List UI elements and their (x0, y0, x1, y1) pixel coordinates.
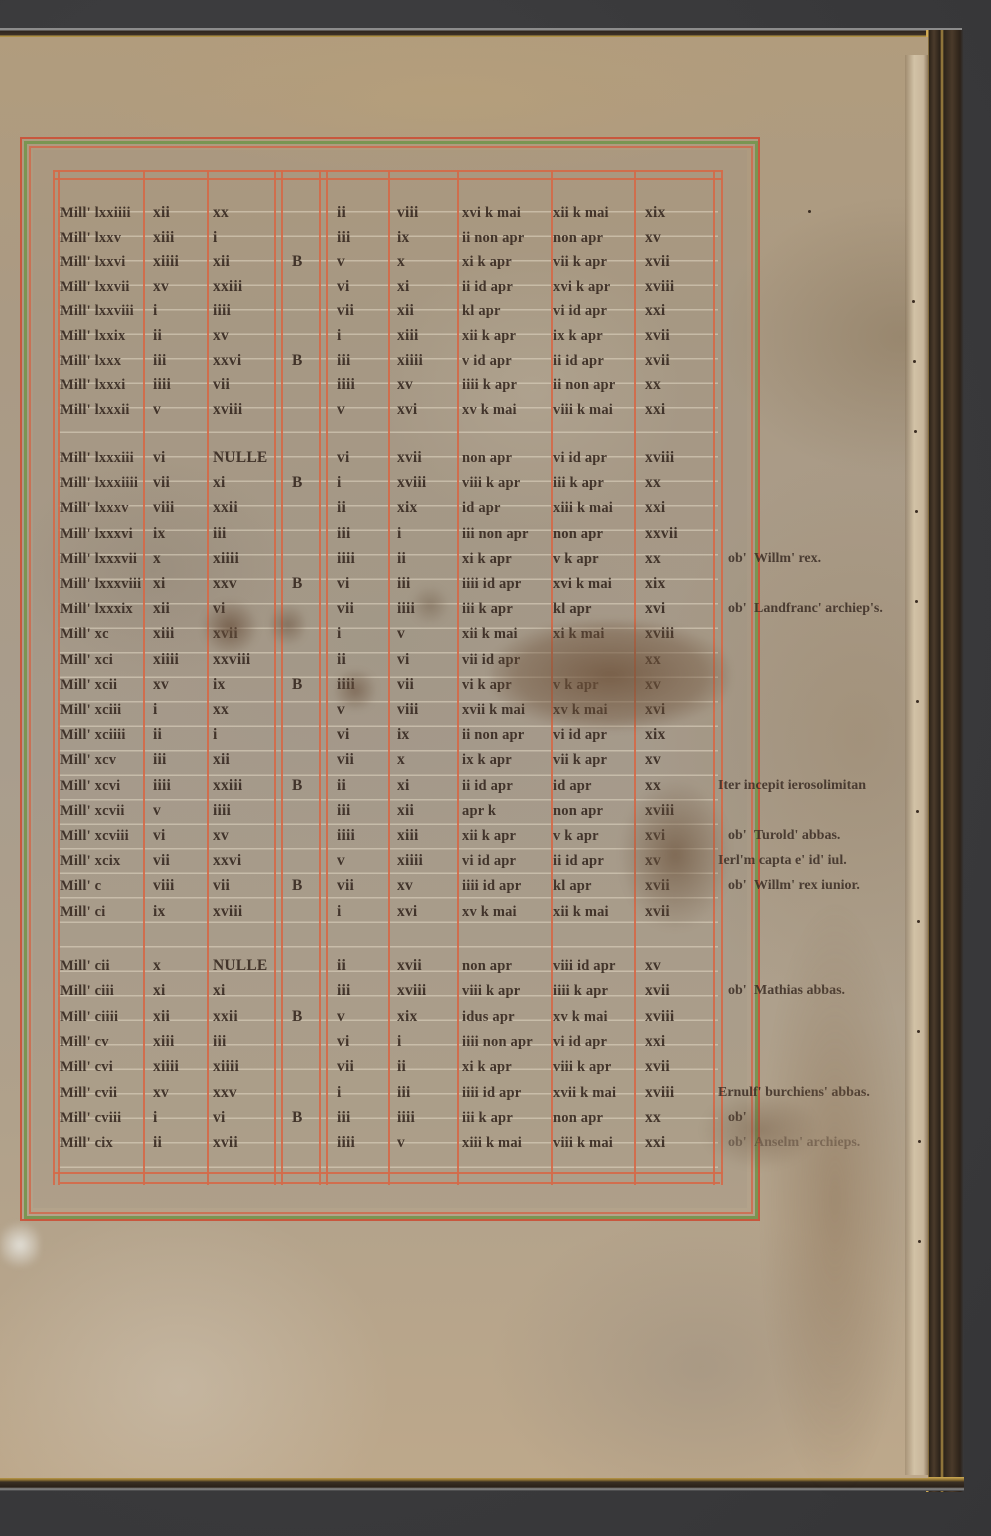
easter-terminus-cell: iiii id apr (462, 574, 521, 594)
easter-terminus-cell: ix k apr (462, 750, 512, 770)
marginal-annal-note: Willm' rex. (754, 549, 821, 569)
easter-sunday-cell: xii k mai (553, 203, 609, 223)
year-cell: Mill' xc (60, 624, 109, 644)
easter-terminus-cell: xv k mai (462, 400, 517, 420)
concurrent-cell: iii (337, 1108, 351, 1128)
luna-cell: xx (645, 375, 661, 395)
table-row: Mill' xcviiiiixxiiiBiixiii id aprid aprx… (0, 776, 720, 796)
lunar-cycle-cell: xiiii (397, 351, 423, 371)
concurrent-cell: v (337, 252, 345, 272)
epact-cell: vi (213, 1108, 225, 1128)
lunar-cycle-cell: ii (397, 549, 406, 569)
table-row: Mill' lxxxviixxiiiiiiiiiixi k aprv k apr… (0, 549, 720, 569)
water-stain (620, 780, 730, 930)
year-cell: Mill' cv (60, 1032, 109, 1052)
indiction-cell: xii (153, 1007, 170, 1027)
year-cell: Mill' xciii (60, 700, 121, 720)
indiction-cell: xv (153, 675, 169, 695)
epact-cell: xv (213, 826, 229, 846)
lunar-cycle-cell: iii (397, 1083, 411, 1103)
table-row: Mill' cviiiiviBiiiiiiiiii k aprnon aprxx… (0, 1108, 720, 1128)
table-row: Mill' cvxiiiiiiviiiiii non aprvi id aprx… (0, 1032, 720, 1052)
table-row: Mill' cvixiiiixiiiiviiiixi k aprviii k a… (0, 1057, 720, 1077)
concurrent-cell: vi (337, 277, 349, 297)
indiction-cell: v (153, 801, 161, 821)
concurrent-cell: ii (337, 956, 346, 976)
easter-terminus-cell: v id apr (462, 351, 512, 371)
lunar-cycle-cell: vi (397, 650, 409, 670)
table-row: Mill' lxxvixiiiixiiBvxxi k aprvii k aprx… (0, 252, 720, 272)
easter-terminus-cell: xii k apr (462, 826, 516, 846)
epact-cell: i (213, 228, 218, 248)
epact-cell: vii (213, 375, 230, 395)
indiction-cell: vii (153, 851, 170, 871)
water-stain (200, 600, 260, 655)
luna-cell: xviii (645, 1007, 674, 1027)
lunar-cycle-cell: xvi (397, 902, 417, 922)
year-cell: Mill' lxxxvi (60, 524, 133, 544)
indiction-cell: xv (153, 1083, 169, 1103)
table-row: Mill' lxxviixvxxiiivixiii id aprxvi k ap… (0, 277, 720, 297)
year-cell: Mill' xcix (60, 851, 120, 871)
obit-marker: ob' (728, 826, 747, 846)
easter-sunday-cell: non apr (553, 228, 603, 248)
indiction-cell: x (153, 549, 161, 569)
lunar-cycle-cell: xvii (397, 448, 422, 468)
epact-cell: iiii (213, 801, 231, 821)
year-cell: Mill' lxxxiiii (60, 473, 138, 493)
year-cell: Mill' xcii (60, 675, 117, 695)
lunar-cycle-cell: x (397, 750, 405, 770)
marginal-annal-note: Ierl'm capta e' id' iul. (718, 851, 847, 871)
lunar-cycle-cell: xix (397, 1007, 417, 1027)
year-cell: Mill' ciiii (60, 1007, 118, 1027)
bissextile-cell: B (292, 351, 303, 371)
obit-marker: ob' (728, 876, 747, 896)
easter-terminus-cell: non apr (462, 956, 512, 976)
luna-cell: xxi (645, 1032, 665, 1052)
water-stain (760, 900, 910, 1500)
easter-sunday-cell: vii k apr (553, 750, 607, 770)
easter-sunday-cell: ii id apr (553, 351, 604, 371)
indiction-cell: ii (153, 326, 162, 346)
epact-cell: xii (213, 252, 230, 272)
table-row: Mill' lxxvxiiiiiiiixii non aprnon aprxv (0, 228, 720, 248)
epact-cell: xxiii (213, 776, 242, 796)
concurrent-cell: i (337, 1083, 342, 1103)
indiction-cell: xi (153, 981, 165, 1001)
epact-cell: xi (213, 473, 225, 493)
easter-terminus-cell: xii k apr (462, 326, 516, 346)
indiction-cell: iii (153, 750, 167, 770)
concurrent-cell: vii (337, 599, 354, 619)
bissextile-cell: B (292, 675, 303, 695)
year-cell: Mill' xciiii (60, 725, 126, 745)
easter-terminus-cell: ii non apr (462, 228, 524, 248)
easter-terminus-cell: xv k mai (462, 902, 517, 922)
table-row: Mill' lxxxiiixxviBiiixiiiiv id aprii id … (0, 351, 720, 371)
year-cell: Mill' lxxxi (60, 375, 125, 395)
table-row: Mill' lxxxiiiiiviiiiiixviiii k aprii non… (0, 375, 720, 395)
indiction-cell: vii (153, 473, 170, 493)
epact-cell: xx (213, 203, 229, 223)
indiction-cell: vi (153, 448, 165, 468)
lunar-cycle-cell: xviii (397, 981, 426, 1001)
obit-marker: ob' (728, 549, 747, 569)
pricking-mark (918, 1240, 921, 1243)
epact-cell: iii (213, 1032, 227, 1052)
easter-terminus-cell: iii k apr (462, 1108, 513, 1128)
concurrent-cell: iii (337, 524, 351, 544)
indiction-cell: xiii (153, 1032, 174, 1052)
indiction-cell: xiiii (153, 1057, 179, 1077)
year-cell: Mill' lxxx (60, 351, 121, 371)
luna-cell: xviii (645, 1083, 674, 1103)
easter-terminus-cell: xi k apr (462, 1057, 512, 1077)
year-cell: Mill' lxxvii (60, 277, 130, 297)
table-row: Mill' lxxviiiiiiiiviixiikl aprvi id aprx… (0, 301, 720, 321)
easter-sunday-cell: kl apr (553, 876, 592, 896)
marginal-annal-note: Iter incepit ierosolimitan (718, 776, 866, 796)
easter-sunday-cell: iii k apr (553, 473, 604, 493)
epact-cell: xvii (213, 1133, 238, 1153)
epact-cell: ix (213, 675, 225, 695)
indiction-cell: iiii (153, 375, 171, 395)
table-row: Mill' lxxxixxiiviviiiiiiiii k aprkl aprx… (0, 599, 720, 619)
lunar-cycle-cell: i (397, 524, 402, 544)
water-stain (490, 620, 730, 730)
lunar-cycle-cell: xi (397, 277, 409, 297)
epact-cell: NULLE (213, 448, 267, 468)
water-stain (700, 1090, 820, 1170)
concurrent-cell: vi (337, 448, 349, 468)
concurrent-cell: vi (337, 1032, 349, 1052)
pricking-mark (808, 210, 811, 213)
luna-cell: xxi (645, 400, 665, 420)
bissextile-cell: B (292, 1108, 303, 1128)
indiction-cell: vi (153, 826, 165, 846)
easter-terminus-cell: id apr (462, 498, 501, 518)
year-cell: Mill' lxxiiii (60, 203, 131, 223)
concurrent-cell: vi (337, 574, 349, 594)
lunar-cycle-cell: x (397, 252, 405, 272)
concurrent-cell: iii (337, 801, 351, 821)
table-row: Mill' xcviiviiiiiiixiiapr knon aprxviii (0, 801, 720, 821)
lunar-cycle-cell: i (397, 1032, 402, 1052)
table-row: Mill' lxxxviixiiiiiiiiii non aprnon aprx… (0, 524, 720, 544)
luna-cell: xvii (645, 326, 670, 346)
epact-cell: xi (213, 981, 225, 1001)
year-cell: Mill' xcvi (60, 776, 120, 796)
year-cell: Mill' lxxxvii (60, 549, 137, 569)
easter-terminus-cell: iiii non apr (462, 1032, 533, 1052)
table-row: Mill' lxxxvviiixxiiiixixid aprxiii k mai… (0, 498, 720, 518)
easter-sunday-cell: v k apr (553, 826, 599, 846)
concurrent-cell: i (337, 624, 342, 644)
concurrent-cell: vii (337, 1057, 354, 1077)
lunar-cycle-cell: xv (397, 375, 413, 395)
year-cell: Mill' xcv (60, 750, 116, 770)
concurrent-cell: v (337, 400, 345, 420)
easter-terminus-cell: viii k apr (462, 473, 520, 493)
year-cell: Mill' cvi (60, 1057, 113, 1077)
obit-marker: ob' (728, 599, 747, 619)
indiction-cell: xv (153, 277, 169, 297)
indiction-cell: x (153, 956, 161, 976)
bissextile-cell: B (292, 1007, 303, 1027)
epact-cell: xxii (213, 498, 238, 518)
concurrent-cell: vii (337, 301, 354, 321)
year-cell: Mill' cvii (60, 1083, 117, 1103)
easter-terminus-cell: viii k apr (462, 981, 520, 1001)
easter-sunday-cell: id apr (553, 776, 592, 796)
epact-cell: i (213, 725, 218, 745)
water-stain (270, 600, 305, 650)
easter-sunday-cell: viii k mai (553, 400, 613, 420)
easter-sunday-cell: xii k mai (553, 902, 609, 922)
table-row: Mill' xcviiixiiviixix k aprvii k aprxv (0, 750, 720, 770)
easter-sunday-cell: vi id apr (553, 448, 607, 468)
table-row: Mill' xcixviixxvivxiiiivi id aprii id ap… (0, 851, 720, 871)
table-row: Mill' lxxxiiiiviixiBixviiiviii k apriii … (0, 473, 720, 493)
bissextile-cell: B (292, 876, 303, 896)
indiction-cell: viii (153, 498, 174, 518)
luna-cell: xxvii (645, 524, 678, 544)
lunar-cycle-cell: v (397, 1133, 405, 1153)
luna-cell: xx (645, 1108, 661, 1128)
table-row: Mill' xcviiivixviiiixiiixii k aprv k apr… (0, 826, 720, 846)
lunar-cycle-cell: xii (397, 301, 414, 321)
year-cell: Mill' lxxxviii (60, 574, 141, 594)
easter-sunday-cell: non apr (553, 1108, 603, 1128)
lunar-cycle-cell: viii (397, 700, 418, 720)
concurrent-cell: vii (337, 750, 354, 770)
lunar-cycle-cell: xiii (397, 326, 418, 346)
concurrent-cell: iiii (337, 375, 355, 395)
luna-cell: xvi (645, 599, 665, 619)
concurrent-cell: i (337, 473, 342, 493)
epact-cell: xxiii (213, 277, 242, 297)
epact-cell: iii (213, 524, 227, 544)
lunar-cycle-cell: xviii (397, 473, 426, 493)
concurrent-cell: ii (337, 498, 346, 518)
concurrent-cell: iiii (337, 1133, 355, 1153)
concurrent-cell: iii (337, 981, 351, 1001)
lunar-cycle-cell: vii (397, 675, 414, 695)
concurrent-cell: ii (337, 776, 346, 796)
easter-terminus-cell: iii non apr (462, 524, 529, 544)
table-row: Mill' cviiiviiBviixviiii id aprkl aprxvi… (0, 876, 720, 896)
easter-sunday-cell: vi id apr (553, 1032, 607, 1052)
year-cell: Mill' lxxix (60, 326, 125, 346)
luna-cell: xx (645, 549, 661, 569)
concurrent-cell: vi (337, 725, 349, 745)
easter-sunday-cell: v k apr (553, 549, 599, 569)
pricking-mark (917, 920, 920, 923)
epact-cell: xiiii (213, 549, 239, 569)
lunar-cycle-cell: v (397, 624, 405, 644)
year-cell: Mill' lxxv (60, 228, 121, 248)
epact-cell: xviii (213, 400, 242, 420)
indiction-cell: xiii (153, 228, 174, 248)
easter-sunday-cell: viii k mai (553, 1133, 613, 1153)
indiction-cell: xiii (153, 624, 174, 644)
epact-cell: xxv (213, 1083, 237, 1103)
pricking-mark (915, 600, 918, 603)
table-row: Mill' lxxxiivxviiivxvixv k maiviii k mai… (0, 400, 720, 420)
year-cell: Mill' lxxxv (60, 498, 129, 518)
indiction-cell: i (153, 700, 158, 720)
easter-terminus-cell: idus apr (462, 1007, 515, 1027)
easter-terminus-cell: ii id apr (462, 776, 513, 796)
marginal-annal-note: Landfranc' archiep's. (754, 599, 883, 619)
pricking-mark (913, 360, 916, 363)
epact-cell: xviii (213, 902, 242, 922)
easter-sunday-cell: vi id apr (553, 301, 607, 321)
year-cell: Mill' lxxxiii (60, 448, 134, 468)
easter-terminus-cell: iiii id apr (462, 1083, 521, 1103)
year-cell: Mill' cix (60, 1133, 113, 1153)
epact-cell: xxvi (213, 351, 241, 371)
lunar-cycle-cell: ii (397, 1057, 406, 1077)
indiction-cell: v (153, 400, 161, 420)
concurrent-cell: iii (337, 228, 351, 248)
year-cell: Mill' c (60, 876, 101, 896)
table-row: Mill' cixiixviiiiiivxiii k maiviii k mai… (0, 1133, 720, 1153)
concurrent-cell: iiii (337, 549, 355, 569)
obit-marker: ob' (728, 981, 747, 1001)
lunar-cycle-cell: ix (397, 228, 409, 248)
year-cell: Mill' lxxviii (60, 301, 134, 321)
table-row: Mill' lxxxviiixixxvBviiiiiiii id aprxvi … (0, 574, 720, 594)
luna-cell: xvii (645, 1057, 670, 1077)
indiction-cell: i (153, 301, 158, 321)
epact-cell: xxii (213, 1007, 238, 1027)
easter-sunday-cell: non apr (553, 524, 603, 544)
easter-terminus-cell: ii id apr (462, 277, 513, 297)
epact-cell: xxv (213, 574, 237, 594)
luna-cell: xvii (645, 981, 670, 1001)
year-cell: Mill' lxxxii (60, 400, 130, 420)
lunar-cycle-cell: xi (397, 776, 409, 796)
easter-sunday-cell: ii id apr (553, 851, 604, 871)
marginal-annal-note: Turold' abbas. (754, 826, 840, 846)
table-row: Mill' cviixvxxviiiiiiii id aprxvii k mai… (0, 1083, 720, 1103)
luna-cell: xxi (645, 1133, 665, 1153)
indiction-cell: iiii (153, 776, 171, 796)
table-row: Mill' lxxixiixvixiiixii k aprix k aprxvi… (0, 326, 720, 346)
lunar-cycle-cell: viii (397, 203, 418, 223)
luna-cell: xvii (645, 252, 670, 272)
easter-sunday-cell: xv k mai (553, 1007, 608, 1027)
year-cell: Mill' lxxvi (60, 252, 125, 272)
pricking-mark (918, 1140, 921, 1143)
easter-sunday-cell: vii k apr (553, 252, 607, 272)
year-cell: Mill' cviii (60, 1108, 121, 1128)
bissextile-cell: B (292, 473, 303, 493)
easter-terminus-cell: kl apr (462, 301, 501, 321)
pricking-mark (916, 810, 919, 813)
water-stain (330, 670, 380, 710)
book-binding-spine-edge (926, 30, 964, 1492)
lunar-cycle-cell: ix (397, 725, 409, 745)
easter-terminus-cell: xi k apr (462, 252, 512, 272)
year-cell: Mill' cii (60, 956, 110, 976)
concurrent-cell: i (337, 902, 342, 922)
year-cell: Mill' xci (60, 650, 113, 670)
lunar-cycle-cell: xiii (397, 826, 418, 846)
luna-cell: xix (645, 574, 665, 594)
lunar-cycle-cell: xvii (397, 956, 422, 976)
luna-cell: xxi (645, 498, 665, 518)
concurrent-cell: iii (337, 351, 351, 371)
easter-terminus-cell: iiii id apr (462, 876, 521, 896)
marginal-annal-note: Willm' rex iunior. (754, 876, 860, 896)
year-cell: Mill' lxxxix (60, 599, 133, 619)
easter-sunday-cell: viii id apr (553, 956, 616, 976)
pricking-mark (916, 700, 919, 703)
epact-cell: xiiii (213, 1057, 239, 1077)
lunar-cycle-cell: xiiii (397, 851, 423, 871)
lunar-cycle-cell: xv (397, 876, 413, 896)
year-cell: Mill' ci (60, 902, 106, 922)
table-bottom-rule (60, 1182, 720, 1184)
easter-sunday-cell: ix k apr (553, 326, 603, 346)
bissextile-cell: B (292, 574, 303, 594)
bissextile-cell: B (292, 776, 303, 796)
table-row: Mill' ciiiixiixxiiBvxixidus aprxv k maix… (0, 1007, 720, 1027)
concurrent-cell: vii (337, 876, 354, 896)
easter-terminus-cell: iiii k apr (462, 375, 517, 395)
indiction-cell: xii (153, 203, 170, 223)
indiction-cell: xii (153, 599, 170, 619)
indiction-cell: ii (153, 725, 162, 745)
indiction-cell: xiiii (153, 650, 179, 670)
luna-cell: xv (645, 750, 661, 770)
pricking-mark (914, 430, 917, 433)
table-row: Mill' ciiixixiiiixviiiviii k apriiii k a… (0, 981, 720, 1001)
lunar-cycle-cell: xii (397, 801, 414, 821)
epact-cell: xv (213, 326, 229, 346)
pricking-mark (915, 510, 918, 513)
water-stain (410, 585, 450, 625)
table-row: Mill' ciixxviiiixvixv k maixii k maixvii (0, 902, 720, 922)
easter-sunday-cell: viii k apr (553, 1057, 611, 1077)
luna-cell: xvii (645, 351, 670, 371)
concurrent-cell: v (337, 1007, 345, 1027)
easter-sunday-cell: xvii k mai (553, 1083, 616, 1103)
epact-cell: iiii (213, 301, 231, 321)
pricking-mark (912, 300, 915, 303)
lunar-cycle-cell: xvi (397, 400, 417, 420)
luna-cell: xv (645, 956, 661, 976)
easter-terminus-cell: xvi k mai (462, 203, 521, 223)
epact-cell: xxvi (213, 851, 241, 871)
concurrent-cell: v (337, 851, 345, 871)
epact-cell: xii (213, 750, 230, 770)
paper-tear (0, 1220, 40, 1270)
concurrent-cell: ii (337, 203, 346, 223)
indiction-cell: ix (153, 524, 165, 544)
epact-cell: vii (213, 876, 230, 896)
year-cell: Mill' xcvii (60, 801, 125, 821)
year-cell: Mill' ciii (60, 981, 114, 1001)
easter-terminus-cell: xi k apr (462, 549, 512, 569)
easter-terminus-cell: iii k apr (462, 599, 513, 619)
luna-cell: xviii (645, 448, 674, 468)
easter-sunday-cell: iiii k apr (553, 981, 608, 1001)
easter-sunday-cell: xvi k apr (553, 277, 610, 297)
